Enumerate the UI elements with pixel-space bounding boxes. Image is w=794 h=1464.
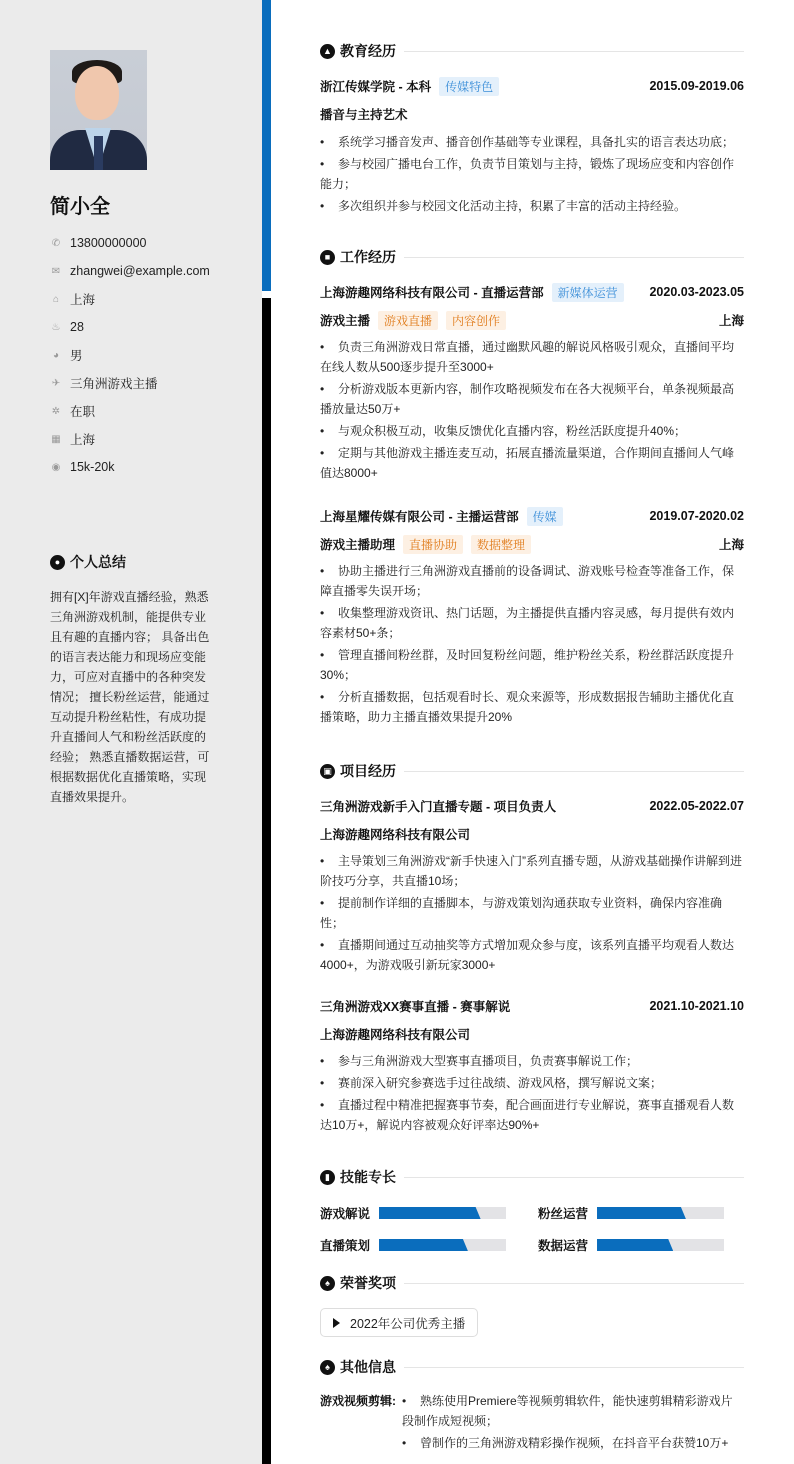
mail-icon: ✉	[50, 265, 62, 277]
education-bullets: 系统学习播音发声、播音创作基础等专业课程，具备扎实的语言表达功底； 参与校园广播…	[320, 132, 744, 218]
list-item: 负责三角洲游戏日常直播，通过幽默风趣的解说风格吸引观众，直播间平均在线人数从50…	[320, 337, 744, 377]
list-item: 参与校园广播电台工作，负责节目策划与主持，锻炼了现场应变和内容创作能力；	[320, 154, 744, 194]
education-date: 2015.09-2019.06	[649, 79, 744, 93]
list-item: 直播过程中精准把握赛事节奏，配合画面进行专业解说，赛事直播观看人数达10万+，解…	[320, 1095, 744, 1135]
salary-icon: ◉	[50, 461, 62, 473]
list-item: 熟练使用Premiere等视频剪辑软件，能快速剪辑精彩游戏片段制作成短视频；	[402, 1391, 744, 1431]
info-residence: ⌂上海	[50, 285, 210, 313]
info-salary: ◉15k-20k	[50, 453, 210, 481]
skill-bar	[597, 1207, 724, 1219]
contact-info-list: ✆13800000000 ✉zhangwei@example.com ⌂上海 ♨…	[50, 229, 210, 481]
education-major: 播音与主持艺术	[320, 105, 744, 123]
list-item: 收集整理游戏资讯、热门话题，为主播提供直播内容灵感，每月提供有效内容素材50+条…	[320, 603, 744, 643]
accent-stripe	[262, 0, 271, 291]
skill-item: 游戏解说	[320, 1204, 506, 1222]
job-bullets: 协助主播进行三角洲游戏直播前的设备调试、游戏账号检查等准备工作，保障直播零失误开…	[320, 561, 744, 729]
award-item: 2022年公司优秀主播	[320, 1308, 478, 1337]
play-icon	[333, 1318, 340, 1328]
award-icon: ♠	[320, 1276, 335, 1291]
skill-item: 直播策划	[320, 1236, 506, 1254]
cake-icon: ♨	[50, 321, 62, 333]
info-icon: ♠	[320, 1360, 335, 1375]
list-item: 系统学习播音发声、播音创作基础等专业课程，具备扎实的语言表达功底；	[320, 132, 744, 152]
grid-icon: ▣	[320, 764, 335, 779]
skill-bar	[379, 1239, 506, 1251]
graduation-cap-icon: ▲	[320, 44, 335, 59]
awards-heading: ♠ 荣誉奖项	[320, 1273, 744, 1293]
list-item: 管理直播间粉丝群，及时回复粉丝问题，维护粉丝关系，粉丝群活跃度提升30%；	[320, 645, 744, 685]
phone-icon: ✆	[50, 237, 62, 249]
projects-heading: ▣ 项目经历	[320, 761, 744, 781]
avatar	[50, 50, 147, 170]
gear-icon: ✲	[50, 405, 62, 417]
summary-heading: ● 个人总结	[50, 552, 126, 572]
list-item: 分析直播数据，包括观看时长、观众来源等，形成数据报告辅助主播优化直播策略，助力主…	[320, 687, 744, 727]
work-heading: ■ 工作经历	[320, 247, 744, 267]
job-bullets: 负责三角洲游戏日常直播，通过幽默风趣的解说风格吸引观众，直播间平均在线人数从50…	[320, 337, 744, 485]
project-bullets: 参与三角洲游戏大型赛事直播项目，负责赛事解说工作； 赛前深入研究参赛选手过往战绩…	[320, 1051, 744, 1137]
dark-stripe	[262, 298, 271, 1464]
list-item: 分析游戏版本更新内容，制作攻略视频发布在各大视频平台，单条视频最高播放量达50万…	[320, 379, 744, 419]
building-icon: ▦	[50, 433, 62, 445]
skill-item: 粉丝运营	[538, 1204, 724, 1222]
list-item: 与观众积极互动，收集反馈优化直播内容，粉丝活跃度提升40%；	[320, 421, 744, 441]
info-phone: ✆13800000000	[50, 229, 210, 257]
summary-text: 拥有[X]年游戏直播经验，熟悉三角洲游戏机制，能提供专业且有趣的直播内容； 具备…	[50, 587, 214, 807]
info-gender: ◕男	[50, 341, 210, 369]
project-bullets: 主导策划三角洲游戏“新手快速入门”系列直播专题，从游戏基础操作讲解到进阶技巧分享…	[320, 851, 744, 977]
gender-icon: ◕	[50, 349, 62, 361]
skill-bar	[597, 1239, 724, 1251]
plane-icon: ✈	[50, 377, 62, 389]
list-item: 参与三角洲游戏大型赛事直播项目，负责赛事解说工作；	[320, 1051, 744, 1071]
project-row: 三角洲游戏新手入门直播专题 - 项目负责人 2022.05-2022.07	[320, 797, 744, 815]
bar-chart-icon: ▮	[320, 1170, 335, 1185]
project-row: 三角洲游戏XX赛事直播 - 赛事解说 2021.10-2021.10	[320, 997, 744, 1015]
list-item: 直播期间通过互动抽奖等方式增加观众参与度，该系列直播平均观看人数达4000+，为…	[320, 935, 744, 975]
project-company: 上海游趣网络科技有限公司	[320, 1025, 744, 1043]
skill-item: 数据运营	[538, 1236, 724, 1254]
list-item: 提前制作详细的直播脚本，与游戏策划沟通获取专业资料，确保内容准确性；	[320, 893, 744, 933]
job-row: 上海游趣网络科技有限公司 - 直播运营部新媒体运营 2020.03-2023.0…	[320, 283, 744, 301]
home-icon: ⌂	[50, 293, 62, 305]
list-item: 赛前深入研究参赛选手过往战绩、游戏风格，撰写解说文案；	[320, 1073, 744, 1093]
list-item: 多次组织并参与校园文化活动主持，积累了丰富的活动主持经验。	[320, 196, 744, 216]
list-item: 协助主播进行三角洲游戏直播前的设备调试、游戏账号检查等准备工作，保障直播零失误开…	[320, 561, 744, 601]
skills-heading: ▮ 技能专长	[320, 1167, 744, 1187]
skill-bar	[379, 1207, 506, 1219]
job-role-row: 游戏主播游戏直播内容创作 上海	[320, 311, 744, 329]
job-role-row: 游戏主播助理直播协助数据整理 上海	[320, 535, 744, 553]
list-item: 主导策划三角洲游戏“新手快速入门”系列直播专题，从游戏基础操作讲解到进阶技巧分享…	[320, 851, 744, 891]
info-target-city: ▦上海	[50, 425, 210, 453]
info-email: ✉zhangwei@example.com	[50, 257, 210, 285]
education-heading: ▲ 教育经历	[320, 41, 744, 61]
other-info: 游戏视频剪辑: 熟练使用Premiere等视频剪辑软件，能快速剪辑精彩游戏片段制…	[320, 1391, 744, 1455]
project-company: 上海游趣网络科技有限公司	[320, 825, 744, 843]
user-icon: ●	[50, 555, 65, 570]
list-item: 定期与其他游戏主播连麦互动，拓展直播流量渠道，合作期间直播间人气峰值达8000+	[320, 443, 744, 483]
education-row: 浙江传媒学院 - 本科传媒特色 2015.09-2019.06	[320, 77, 744, 95]
profile-name: 简小全	[50, 190, 110, 219]
info-age: ♨28	[50, 313, 210, 341]
briefcase-icon: ■	[320, 250, 335, 265]
education-tag: 传媒特色	[439, 77, 499, 96]
info-status: ✲在职	[50, 397, 210, 425]
job-row: 上海星耀传媒有限公司 - 主播运营部传媒 2019.07-2020.02	[320, 507, 744, 525]
list-item: 曾制作的三角洲游戏精彩操作视频，在抖音平台获赞10万+	[402, 1433, 744, 1453]
other-heading: ♠ 其他信息	[320, 1357, 744, 1377]
info-target-job: ✈三角洲游戏主播	[50, 369, 210, 397]
